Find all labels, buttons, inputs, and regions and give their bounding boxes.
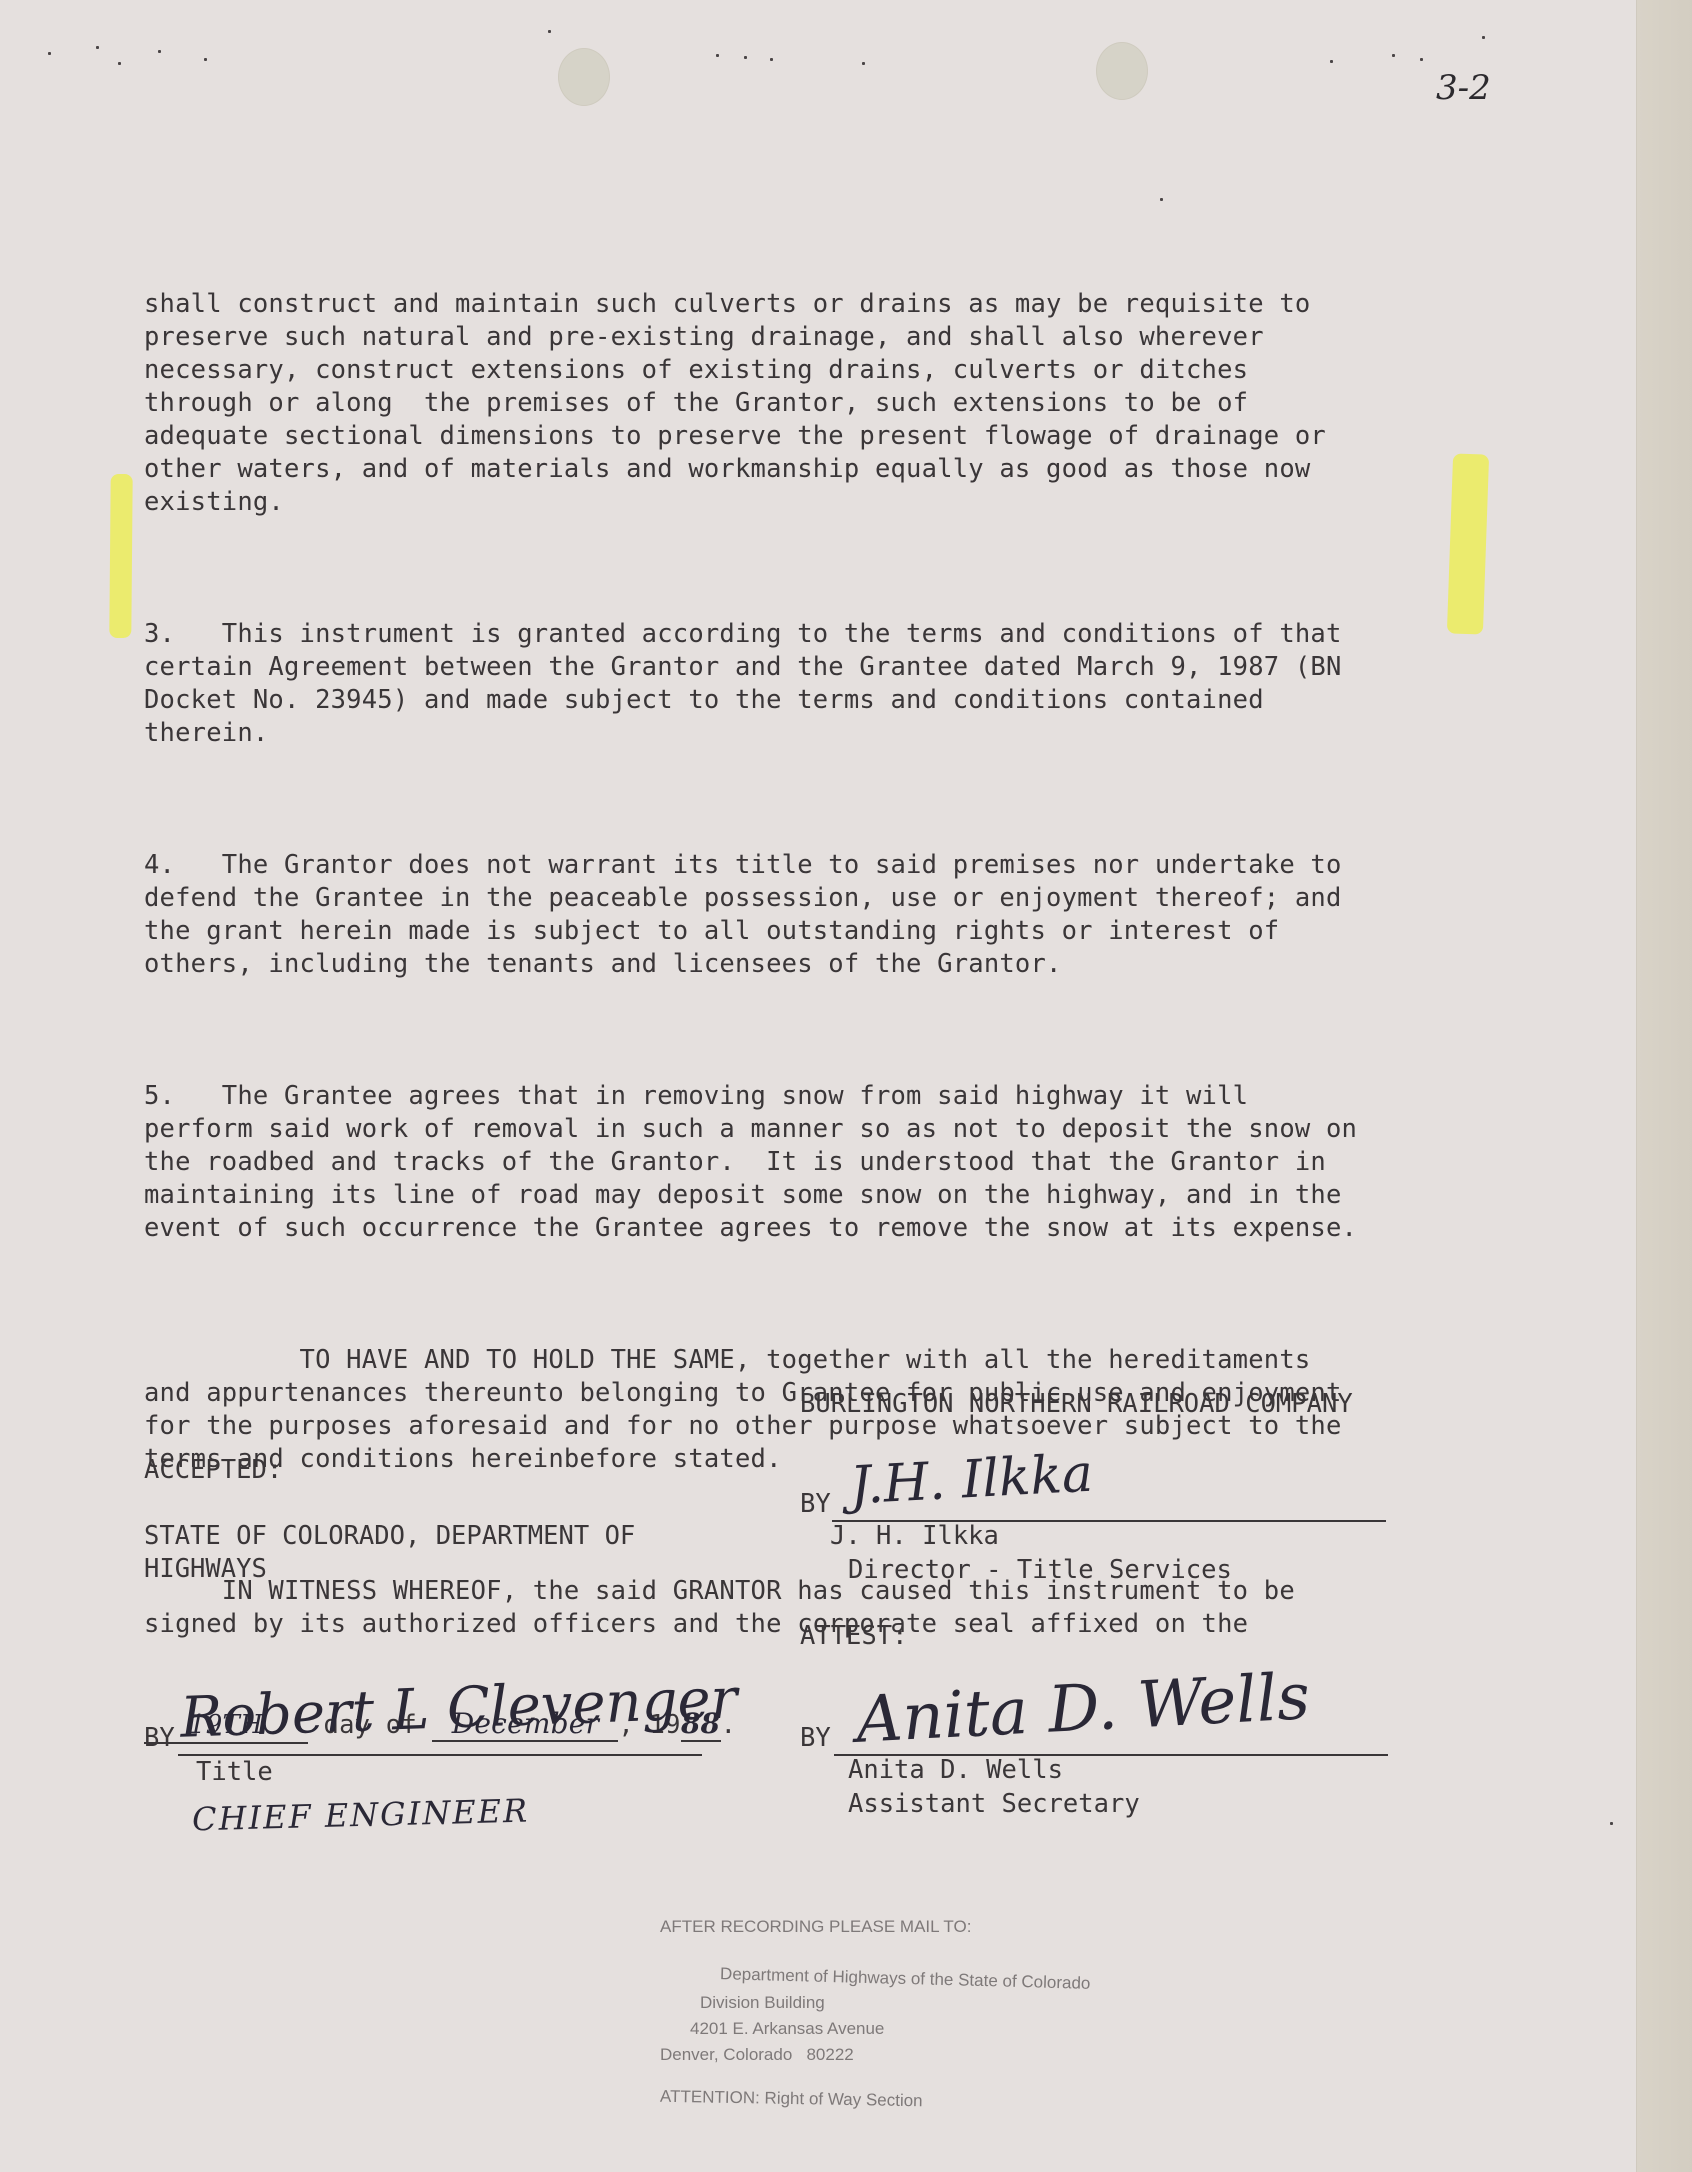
grantee-name: STATE OF COLORADO, DEPARTMENT OF HIGHWAY… bbox=[144, 1520, 635, 1586]
grantor-title: Director - Title Services bbox=[848, 1554, 1232, 1587]
attest-label: ATTEST: bbox=[800, 1620, 907, 1653]
grantee-title-handwritten: CHIEF ENGINEER bbox=[192, 1792, 530, 1839]
handwritten-page-number: 3-2 bbox=[1436, 68, 1491, 108]
paragraph-continuation: shall construct and maintain such culver… bbox=[144, 288, 1357, 519]
clause-4: 4. The Grantor does not warrant its titl… bbox=[144, 849, 1357, 981]
stamp-line-4: 4201 E. Arkansas Avenue bbox=[690, 2018, 884, 2040]
stamp-line-1: AFTER RECORDING PLEASE MAIL TO: bbox=[660, 1916, 971, 1938]
attest-by-label: BY bbox=[800, 1722, 831, 1755]
stamp-line-6: ATTENTION: Right of Way Section bbox=[660, 2086, 923, 2113]
highlight-mark-right bbox=[1447, 453, 1489, 634]
scanner-page-edge bbox=[1636, 0, 1692, 2172]
clause-5: 5. The Grantee agrees that in removing s… bbox=[144, 1080, 1357, 1245]
grantee-title-label: Title bbox=[196, 1756, 273, 1789]
accepted-label: ACCEPTED: bbox=[144, 1454, 282, 1487]
clause-3: 3. This instrument is granted according … bbox=[144, 618, 1357, 750]
punch-hole-left bbox=[558, 48, 610, 106]
stamp-line-2: Department of Highways of the State of C… bbox=[720, 1963, 1091, 1995]
grantor-printed-name: J. H. Ilkka bbox=[830, 1520, 999, 1553]
punch-hole-right bbox=[1096, 42, 1148, 100]
attest-printed-name: Anita D. Wells bbox=[848, 1754, 1063, 1787]
grantor-signature: J.H. Ilkka bbox=[849, 1444, 1095, 1517]
stamp-line-3: Division Building bbox=[700, 1992, 825, 2014]
stamp-line-5: Denver, Colorado 80222 bbox=[660, 2044, 854, 2066]
highlight-mark-left bbox=[109, 474, 132, 638]
grantee-by-label: BY bbox=[144, 1722, 175, 1755]
grantor-by-label: BY bbox=[800, 1488, 831, 1521]
attest-title: Assistant Secretary bbox=[848, 1788, 1140, 1821]
grantor-company-name: BURLINGTON NORTHERN RAILROAD COMPANY bbox=[800, 1388, 1353, 1421]
